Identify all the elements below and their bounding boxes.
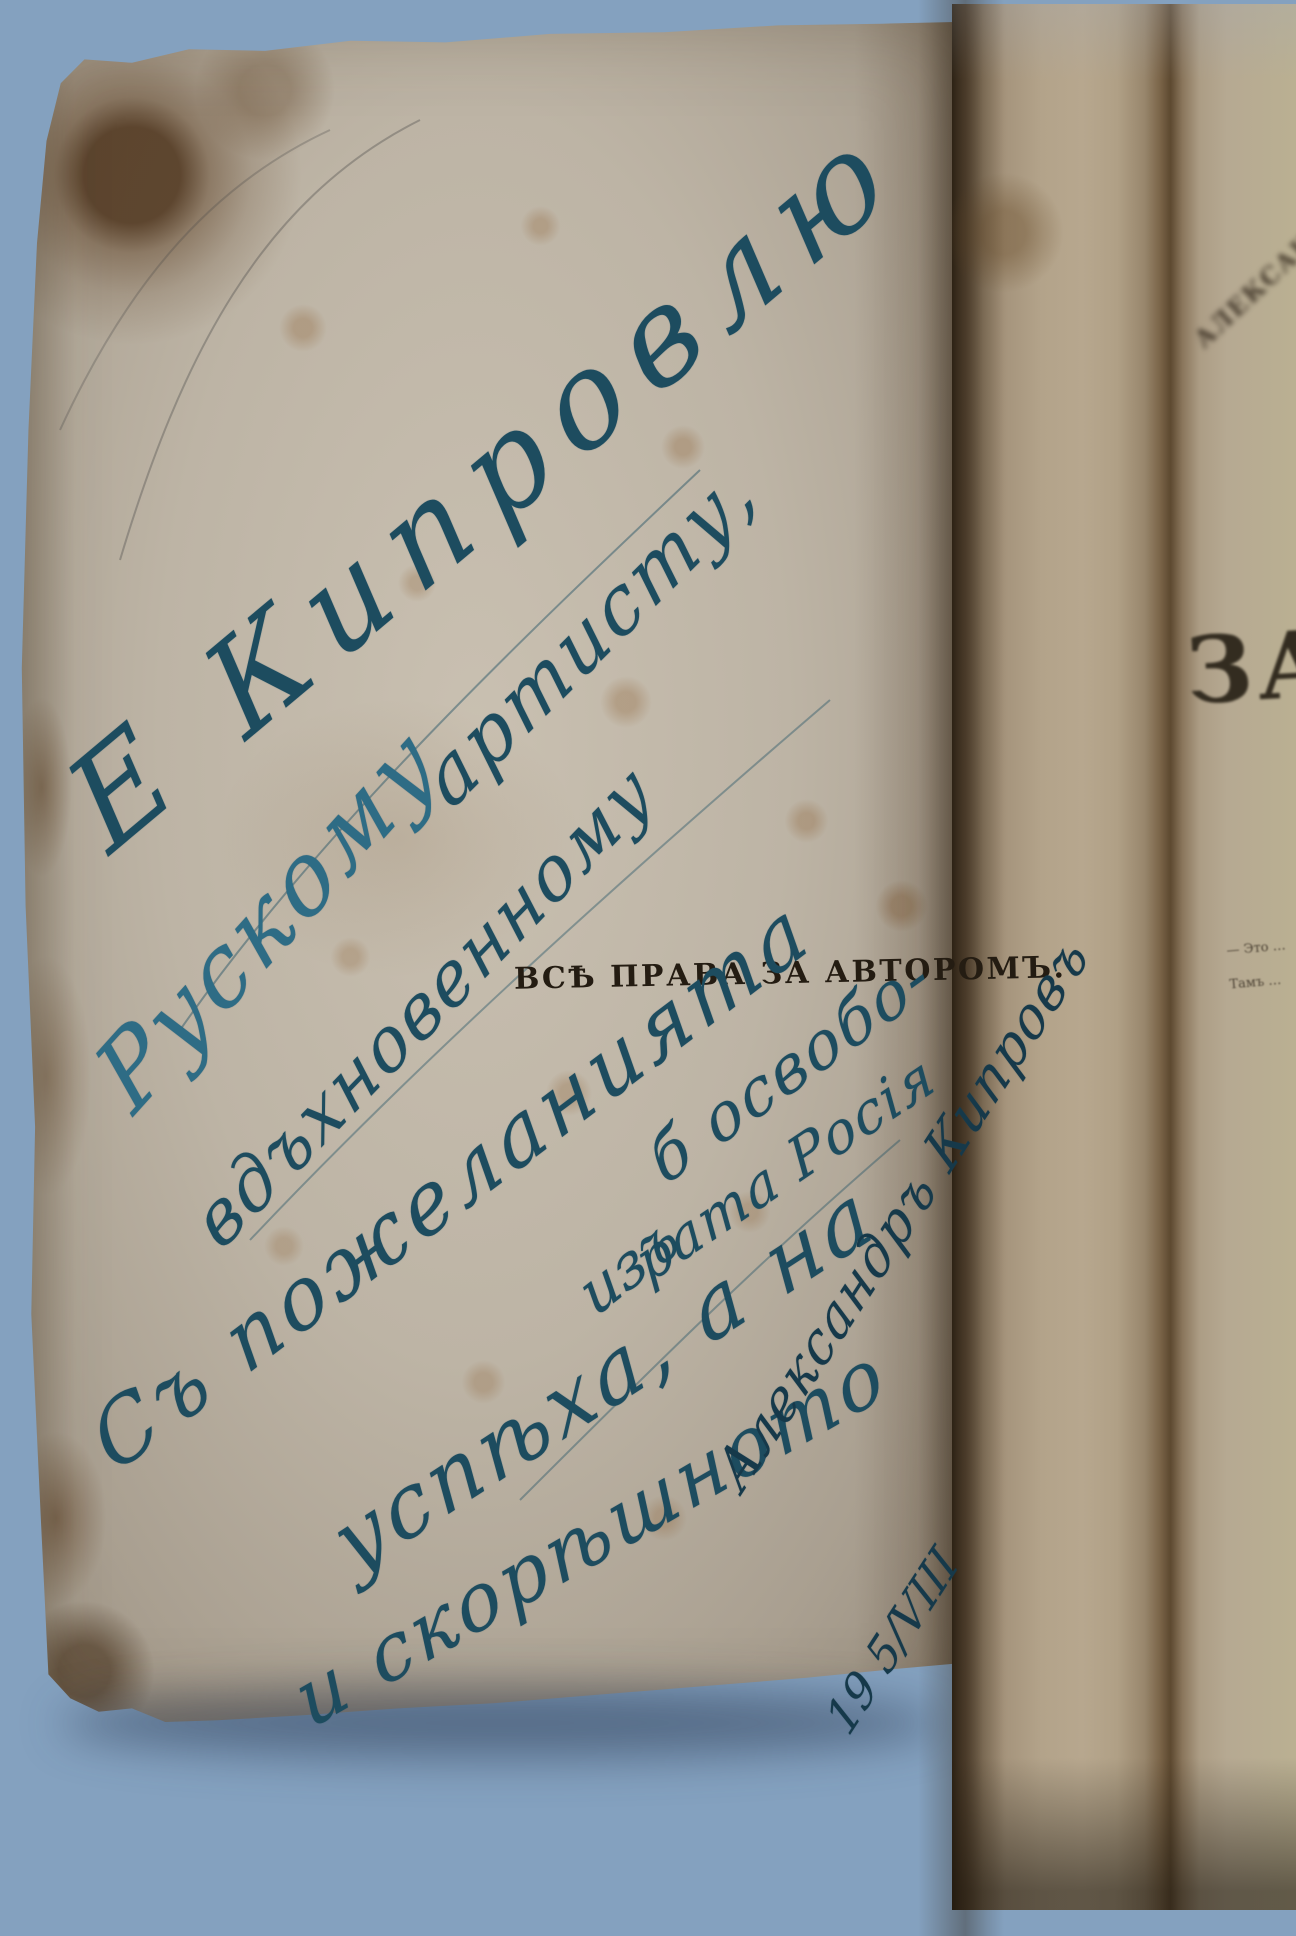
right-page-small-line: Тамъ … bbox=[1228, 963, 1290, 1002]
photo-background: АЛЕКСАНДРЪ ЗА РО — Это … Тамъ … ВСѢ ПРАВ… bbox=[0, 0, 1296, 1936]
right-page-title-fragment: ЗА РО bbox=[1183, 599, 1296, 725]
right-page-small-text: — Это … Тамъ … bbox=[1225, 930, 1290, 1003]
page-shadow bbox=[60, 1688, 940, 1758]
right-page-small-line: — Это … bbox=[1225, 930, 1287, 969]
